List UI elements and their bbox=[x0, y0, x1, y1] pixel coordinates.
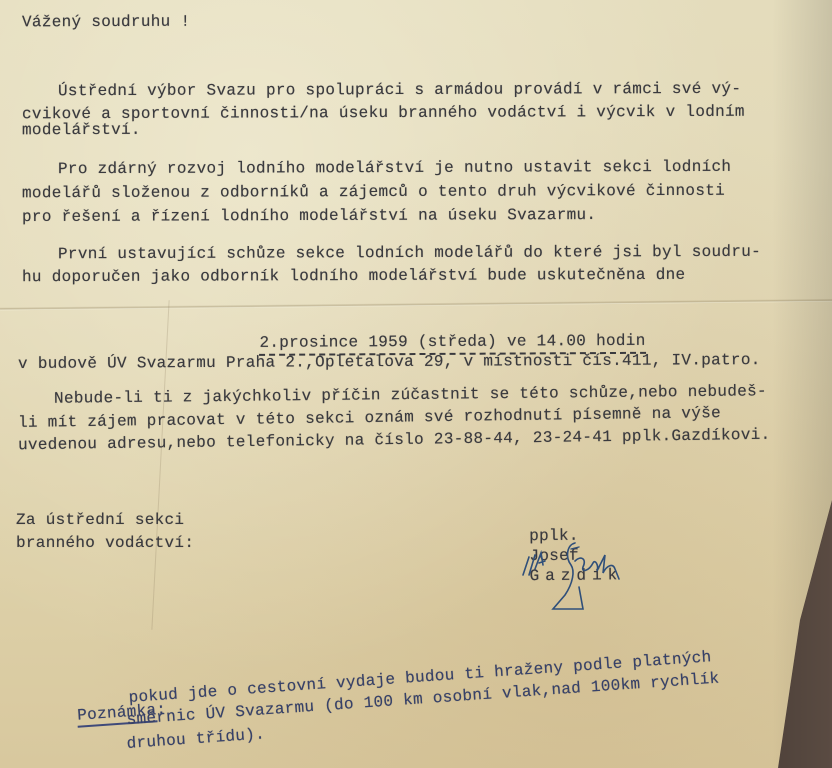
paragraph2-line1: Pro zdárný rozvoj lodního modelářství je… bbox=[58, 157, 731, 179]
paragraph3-line2: hu doporučen jako odborník lodního model… bbox=[22, 265, 685, 287]
meeting-place: v budově ÚV Svazarmu Praha 2.,Opletalova… bbox=[18, 350, 761, 374]
paragraph1-line1: Ústřední výbor Svazu pro spolupráci s ar… bbox=[58, 79, 741, 101]
paper-fold-line bbox=[0, 299, 832, 311]
closing-line2: branného vodáctví: bbox=[16, 533, 194, 553]
paragraph3-line1: První ustavující schůze sekce lodních mo… bbox=[58, 242, 761, 264]
photo-scene: Vážený soudruhu ! Ústřední výbor Svazu p… bbox=[0, 0, 832, 768]
letter-paper: Vážený soudruhu ! Ústřední výbor Svazu p… bbox=[0, 0, 832, 768]
handwritten-signature bbox=[515, 535, 655, 615]
paragraph1-line3: modelářství. bbox=[22, 120, 141, 140]
paper-edge-shadow bbox=[772, 0, 832, 768]
paragraph2-line3: pro řešení a řízení lodního modelářství … bbox=[22, 205, 596, 227]
salutation: Vážený soudruhu ! bbox=[22, 12, 190, 33]
closing-line1: Za ústřední sekci bbox=[16, 510, 184, 530]
paragraph2-line2: modelářů složenou z odborníků a zájemců … bbox=[22, 181, 725, 203]
paper-crease bbox=[151, 300, 169, 630]
